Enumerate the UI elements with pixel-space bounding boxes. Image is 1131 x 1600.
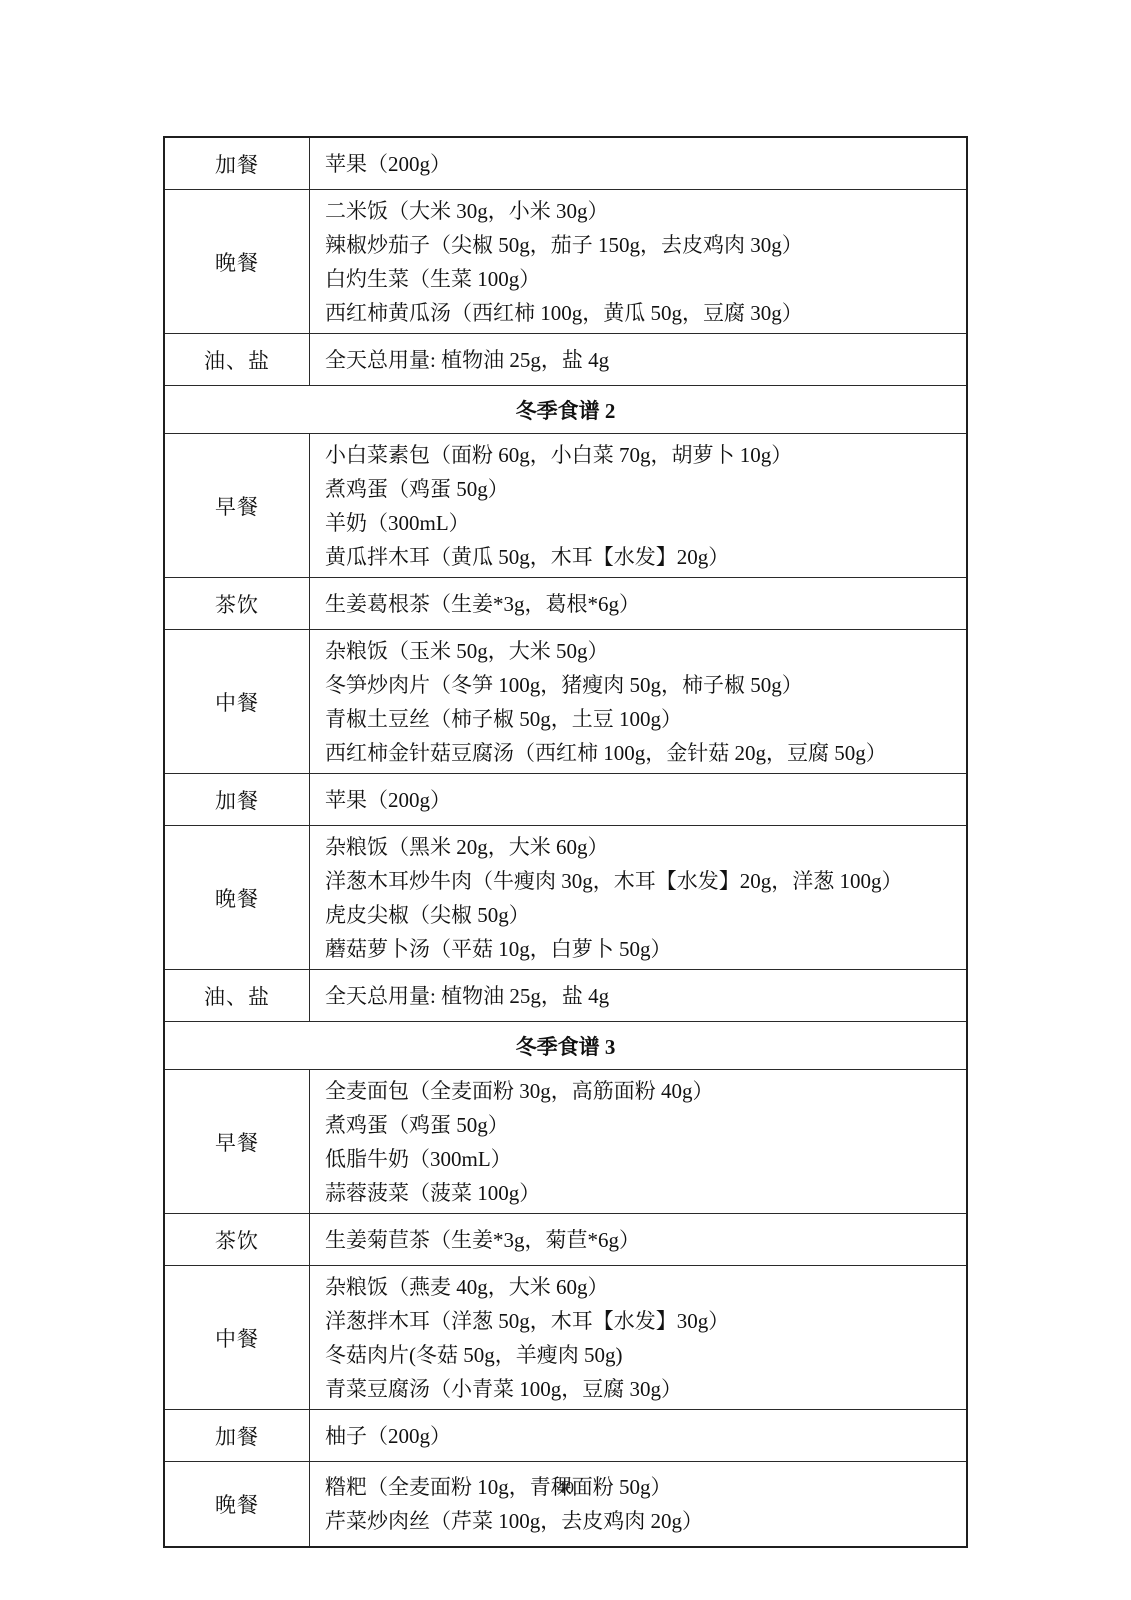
meal-label: 晚餐 bbox=[164, 1462, 310, 1548]
dish-line: 芹菜炒肉丝（芹菜 100g，去皮鸡肉 20g） bbox=[325, 1504, 958, 1538]
dish-line: 杂粮饭（燕麦 40g，大米 60g） bbox=[325, 1270, 958, 1304]
meal-content: 苹果（200g） bbox=[310, 137, 968, 190]
meal-content: 糌粑（全麦面粉 10g，青稞面粉 50g）芹菜炒肉丝（芹菜 100g，去皮鸡肉 … bbox=[310, 1462, 968, 1548]
dish-line: 杂粮饭（玉米 50g，大米 50g） bbox=[325, 634, 958, 668]
meal-label: 加餐 bbox=[164, 137, 310, 190]
dish-line: 青菜豆腐汤（小青菜 100g，豆腐 30g） bbox=[325, 1372, 958, 1406]
dish-line: 生姜菊苣茶（生姜*3g，菊苣*6g） bbox=[325, 1223, 958, 1257]
menu-row: 茶饮生姜菊苣茶（生姜*3g，菊苣*6g） bbox=[164, 1214, 967, 1266]
meal-content: 全天总用量: 植物油 25g，盐 4g bbox=[310, 334, 968, 386]
menu-row: 早餐全麦面包（全麦面粉 30g，高筋面粉 40g）煮鸡蛋（鸡蛋 50g）低脂牛奶… bbox=[164, 1070, 967, 1214]
meal-label: 油、盐 bbox=[164, 334, 310, 386]
menu-row: 晚餐杂粮饭（黑米 20g，大米 60g）洋葱木耳炒牛肉（牛瘦肉 30g，木耳【水… bbox=[164, 826, 967, 970]
menu-row: 加餐柚子（200g） bbox=[164, 1410, 967, 1462]
meal-label: 晚餐 bbox=[164, 826, 310, 970]
dish-line: 二米饭（大米 30g，小米 30g） bbox=[325, 194, 958, 228]
menu-table-body: 加餐苹果（200g）晚餐二米饭（大米 30g，小米 30g）辣椒炒茄子（尖椒 5… bbox=[164, 137, 967, 1547]
meal-content: 全天总用量: 植物油 25g，盐 4g bbox=[310, 970, 968, 1022]
dish-line: 白灼生菜（生菜 100g） bbox=[325, 262, 958, 296]
dish-line: 杂粮饭（黑米 20g，大米 60g） bbox=[325, 830, 958, 864]
dish-line: 全天总用量: 植物油 25g，盐 4g bbox=[325, 343, 958, 377]
meal-label: 中餐 bbox=[164, 630, 310, 774]
meal-content: 杂粮饭（燕麦 40g，大米 60g）洋葱拌木耳（洋葱 50g，木耳【水发】30g… bbox=[310, 1266, 968, 1410]
page-number: 40 bbox=[0, 1478, 1131, 1498]
menu-row: 油、盐全天总用量: 植物油 25g，盐 4g bbox=[164, 334, 967, 386]
menu-row: 早餐小白菜素包（面粉 60g，小白菜 70g，胡萝卜 10g）煮鸡蛋（鸡蛋 50… bbox=[164, 434, 967, 578]
dish-line: 低脂牛奶（300mL） bbox=[325, 1142, 958, 1176]
meal-label: 茶饮 bbox=[164, 1214, 310, 1266]
dish-line: 小白菜素包（面粉 60g，小白菜 70g，胡萝卜 10g） bbox=[325, 438, 958, 472]
meal-content: 小白菜素包（面粉 60g，小白菜 70g，胡萝卜 10g）煮鸡蛋（鸡蛋 50g）… bbox=[310, 434, 968, 578]
dish-line: 苹果（200g） bbox=[325, 147, 958, 181]
dish-line: 虎皮尖椒（尖椒 50g） bbox=[325, 898, 958, 932]
meal-content: 二米饭（大米 30g，小米 30g）辣椒炒茄子（尖椒 50g，茄子 150g，去… bbox=[310, 190, 968, 334]
dish-line: 辣椒炒茄子（尖椒 50g，茄子 150g，去皮鸡肉 30g） bbox=[325, 228, 958, 262]
meal-plan-table: 加餐苹果（200g）晚餐二米饭（大米 30g，小米 30g）辣椒炒茄子（尖椒 5… bbox=[163, 136, 968, 1548]
meal-label: 晚餐 bbox=[164, 190, 310, 334]
meal-label: 茶饮 bbox=[164, 578, 310, 630]
dish-line: 柚子（200g） bbox=[325, 1419, 958, 1453]
dish-line: 全麦面包（全麦面粉 30g，高筋面粉 40g） bbox=[325, 1074, 958, 1108]
meal-content: 全麦面包（全麦面粉 30g，高筋面粉 40g）煮鸡蛋（鸡蛋 50g）低脂牛奶（3… bbox=[310, 1070, 968, 1214]
meal-label: 油、盐 bbox=[164, 970, 310, 1022]
dish-line: 洋葱拌木耳（洋葱 50g，木耳【水发】30g） bbox=[325, 1304, 958, 1338]
menu-row: 晚餐糌粑（全麦面粉 10g，青稞面粉 50g）芹菜炒肉丝（芹菜 100g，去皮鸡… bbox=[164, 1462, 967, 1548]
meal-content: 生姜葛根茶（生姜*3g，葛根*6g） bbox=[310, 578, 968, 630]
dish-line: 蒜蓉菠菜（菠菜 100g） bbox=[325, 1176, 958, 1210]
dish-line: 煮鸡蛋（鸡蛋 50g） bbox=[325, 472, 958, 506]
section-header-row: 冬季食谱 3 bbox=[164, 1022, 967, 1070]
meal-label: 加餐 bbox=[164, 1410, 310, 1462]
section-title: 冬季食谱 3 bbox=[164, 1022, 967, 1070]
meal-label: 中餐 bbox=[164, 1266, 310, 1410]
section-header-row: 冬季食谱 2 bbox=[164, 386, 967, 434]
menu-row: 加餐苹果（200g） bbox=[164, 137, 967, 190]
dish-line: 黄瓜拌木耳（黄瓜 50g，木耳【水发】20g） bbox=[325, 540, 958, 574]
dish-line: 蘑菇萝卜汤（平菇 10g，白萝卜 50g） bbox=[325, 932, 958, 966]
dish-line: 全天总用量: 植物油 25g，盐 4g bbox=[325, 979, 958, 1013]
dish-line: 羊奶（300mL） bbox=[325, 506, 958, 540]
menu-row: 加餐苹果（200g） bbox=[164, 774, 967, 826]
meal-content: 生姜菊苣茶（生姜*3g，菊苣*6g） bbox=[310, 1214, 968, 1266]
meal-label: 早餐 bbox=[164, 434, 310, 578]
menu-row: 茶饮生姜葛根茶（生姜*3g，葛根*6g） bbox=[164, 578, 967, 630]
meal-label: 早餐 bbox=[164, 1070, 310, 1214]
dish-line: 青椒土豆丝（柿子椒 50g，土豆 100g） bbox=[325, 702, 958, 736]
dish-line: 西红柿黄瓜汤（西红柿 100g，黄瓜 50g，豆腐 30g） bbox=[325, 296, 958, 330]
meal-content: 杂粮饭（玉米 50g，大米 50g）冬笋炒肉片（冬笋 100g，猪瘦肉 50g，… bbox=[310, 630, 968, 774]
meal-content: 杂粮饭（黑米 20g，大米 60g）洋葱木耳炒牛肉（牛瘦肉 30g，木耳【水发】… bbox=[310, 826, 968, 970]
meal-content: 苹果（200g） bbox=[310, 774, 968, 826]
dish-line: 冬笋炒肉片（冬笋 100g，猪瘦肉 50g，柿子椒 50g） bbox=[325, 668, 958, 702]
section-title: 冬季食谱 2 bbox=[164, 386, 967, 434]
dish-line: 冬菇肉片(冬菇 50g，羊瘦肉 50g) bbox=[325, 1338, 958, 1372]
dish-line: 洋葱木耳炒牛肉（牛瘦肉 30g，木耳【水发】20g，洋葱 100g） bbox=[325, 864, 958, 898]
dish-line: 苹果（200g） bbox=[325, 783, 958, 817]
menu-row: 晚餐二米饭（大米 30g，小米 30g）辣椒炒茄子（尖椒 50g，茄子 150g… bbox=[164, 190, 967, 334]
meal-content: 柚子（200g） bbox=[310, 1410, 968, 1462]
menu-row: 中餐杂粮饭（燕麦 40g，大米 60g）洋葱拌木耳（洋葱 50g，木耳【水发】3… bbox=[164, 1266, 967, 1410]
meal-label: 加餐 bbox=[164, 774, 310, 826]
menu-row: 油、盐全天总用量: 植物油 25g，盐 4g bbox=[164, 970, 967, 1022]
dish-line: 煮鸡蛋（鸡蛋 50g） bbox=[325, 1108, 958, 1142]
dish-line: 生姜葛根茶（生姜*3g，葛根*6g） bbox=[325, 587, 958, 621]
menu-row: 中餐杂粮饭（玉米 50g，大米 50g）冬笋炒肉片（冬笋 100g，猪瘦肉 50… bbox=[164, 630, 967, 774]
document-page: 加餐苹果（200g）晚餐二米饭（大米 30g，小米 30g）辣椒炒茄子（尖椒 5… bbox=[0, 0, 1131, 1600]
dish-line: 西红柿金针菇豆腐汤（西红柿 100g，金针菇 20g，豆腐 50g） bbox=[325, 736, 958, 770]
